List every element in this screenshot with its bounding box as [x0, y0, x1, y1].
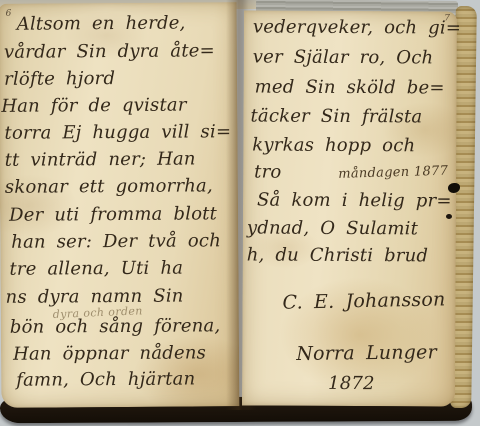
- handwritten-line: tro: [254, 164, 281, 182]
- handwritten-line: Altsom en herde,: [17, 15, 186, 34]
- handwritten-line: kyrkas hopp och: [252, 136, 415, 155]
- left-page: 6 Altsom en herde, vårdar Sin dyra åte= …: [0, 2, 239, 408]
- handwritten-line: Der uti fromma blott: [9, 205, 217, 224]
- handwritten-line: tt vinträd ner; Han: [5, 150, 196, 169]
- handwritten-line: ydnad, O Sulamit: [247, 219, 418, 238]
- place-name: Norra Lunger: [296, 343, 437, 364]
- handwritten-line: Han öppnar nådens: [13, 344, 206, 363]
- manuscript-photo: 6 Altsom en herde, vårdar Sin dyra åte= …: [0, 0, 480, 426]
- handwritten-line: tre allena, Uti ha: [9, 260, 183, 279]
- page-number-left: 6: [6, 9, 12, 19]
- handwritten-line: rlöfte hjord: [4, 70, 115, 89]
- handwritten-line: ver Själar ro, Och: [253, 48, 434, 67]
- handwritten-line: bön och sång förena,: [10, 317, 221, 336]
- handwritten-line: Så kom i helig pr=: [257, 192, 452, 211]
- year: 1872: [328, 375, 375, 393]
- handwritten-line: han ser: Der två och: [11, 232, 221, 251]
- handwritten-line: famn, Och hjärtan: [16, 370, 195, 389]
- handwritten-line: h, du Christi brud: [247, 246, 428, 265]
- date-annotation: måndagen 1877: [338, 164, 448, 182]
- right-page: 7 vederqveker, och gi= ver Själar ro, Oc…: [242, 10, 457, 406]
- handwritten-line: vederqveker, och gi=: [253, 18, 461, 37]
- handwritten-line: med Sin sköld be=: [255, 79, 445, 98]
- handwritten-line: Han för de qvistar: [1, 97, 186, 116]
- handwritten-line: skonar ett gomorrha,: [5, 177, 213, 196]
- handwritten-line: ns dyra namn Sin: [6, 288, 184, 307]
- handwritten-line: vårdar Sin dyra åte=: [4, 42, 215, 61]
- signature: C. E. Johansson: [282, 290, 445, 312]
- handwritten-line: torra Ej hugga vill si=: [4, 123, 231, 143]
- ink-speck: [446, 214, 452, 219]
- handwritten-line: täcker Sin frälsta: [250, 107, 422, 126]
